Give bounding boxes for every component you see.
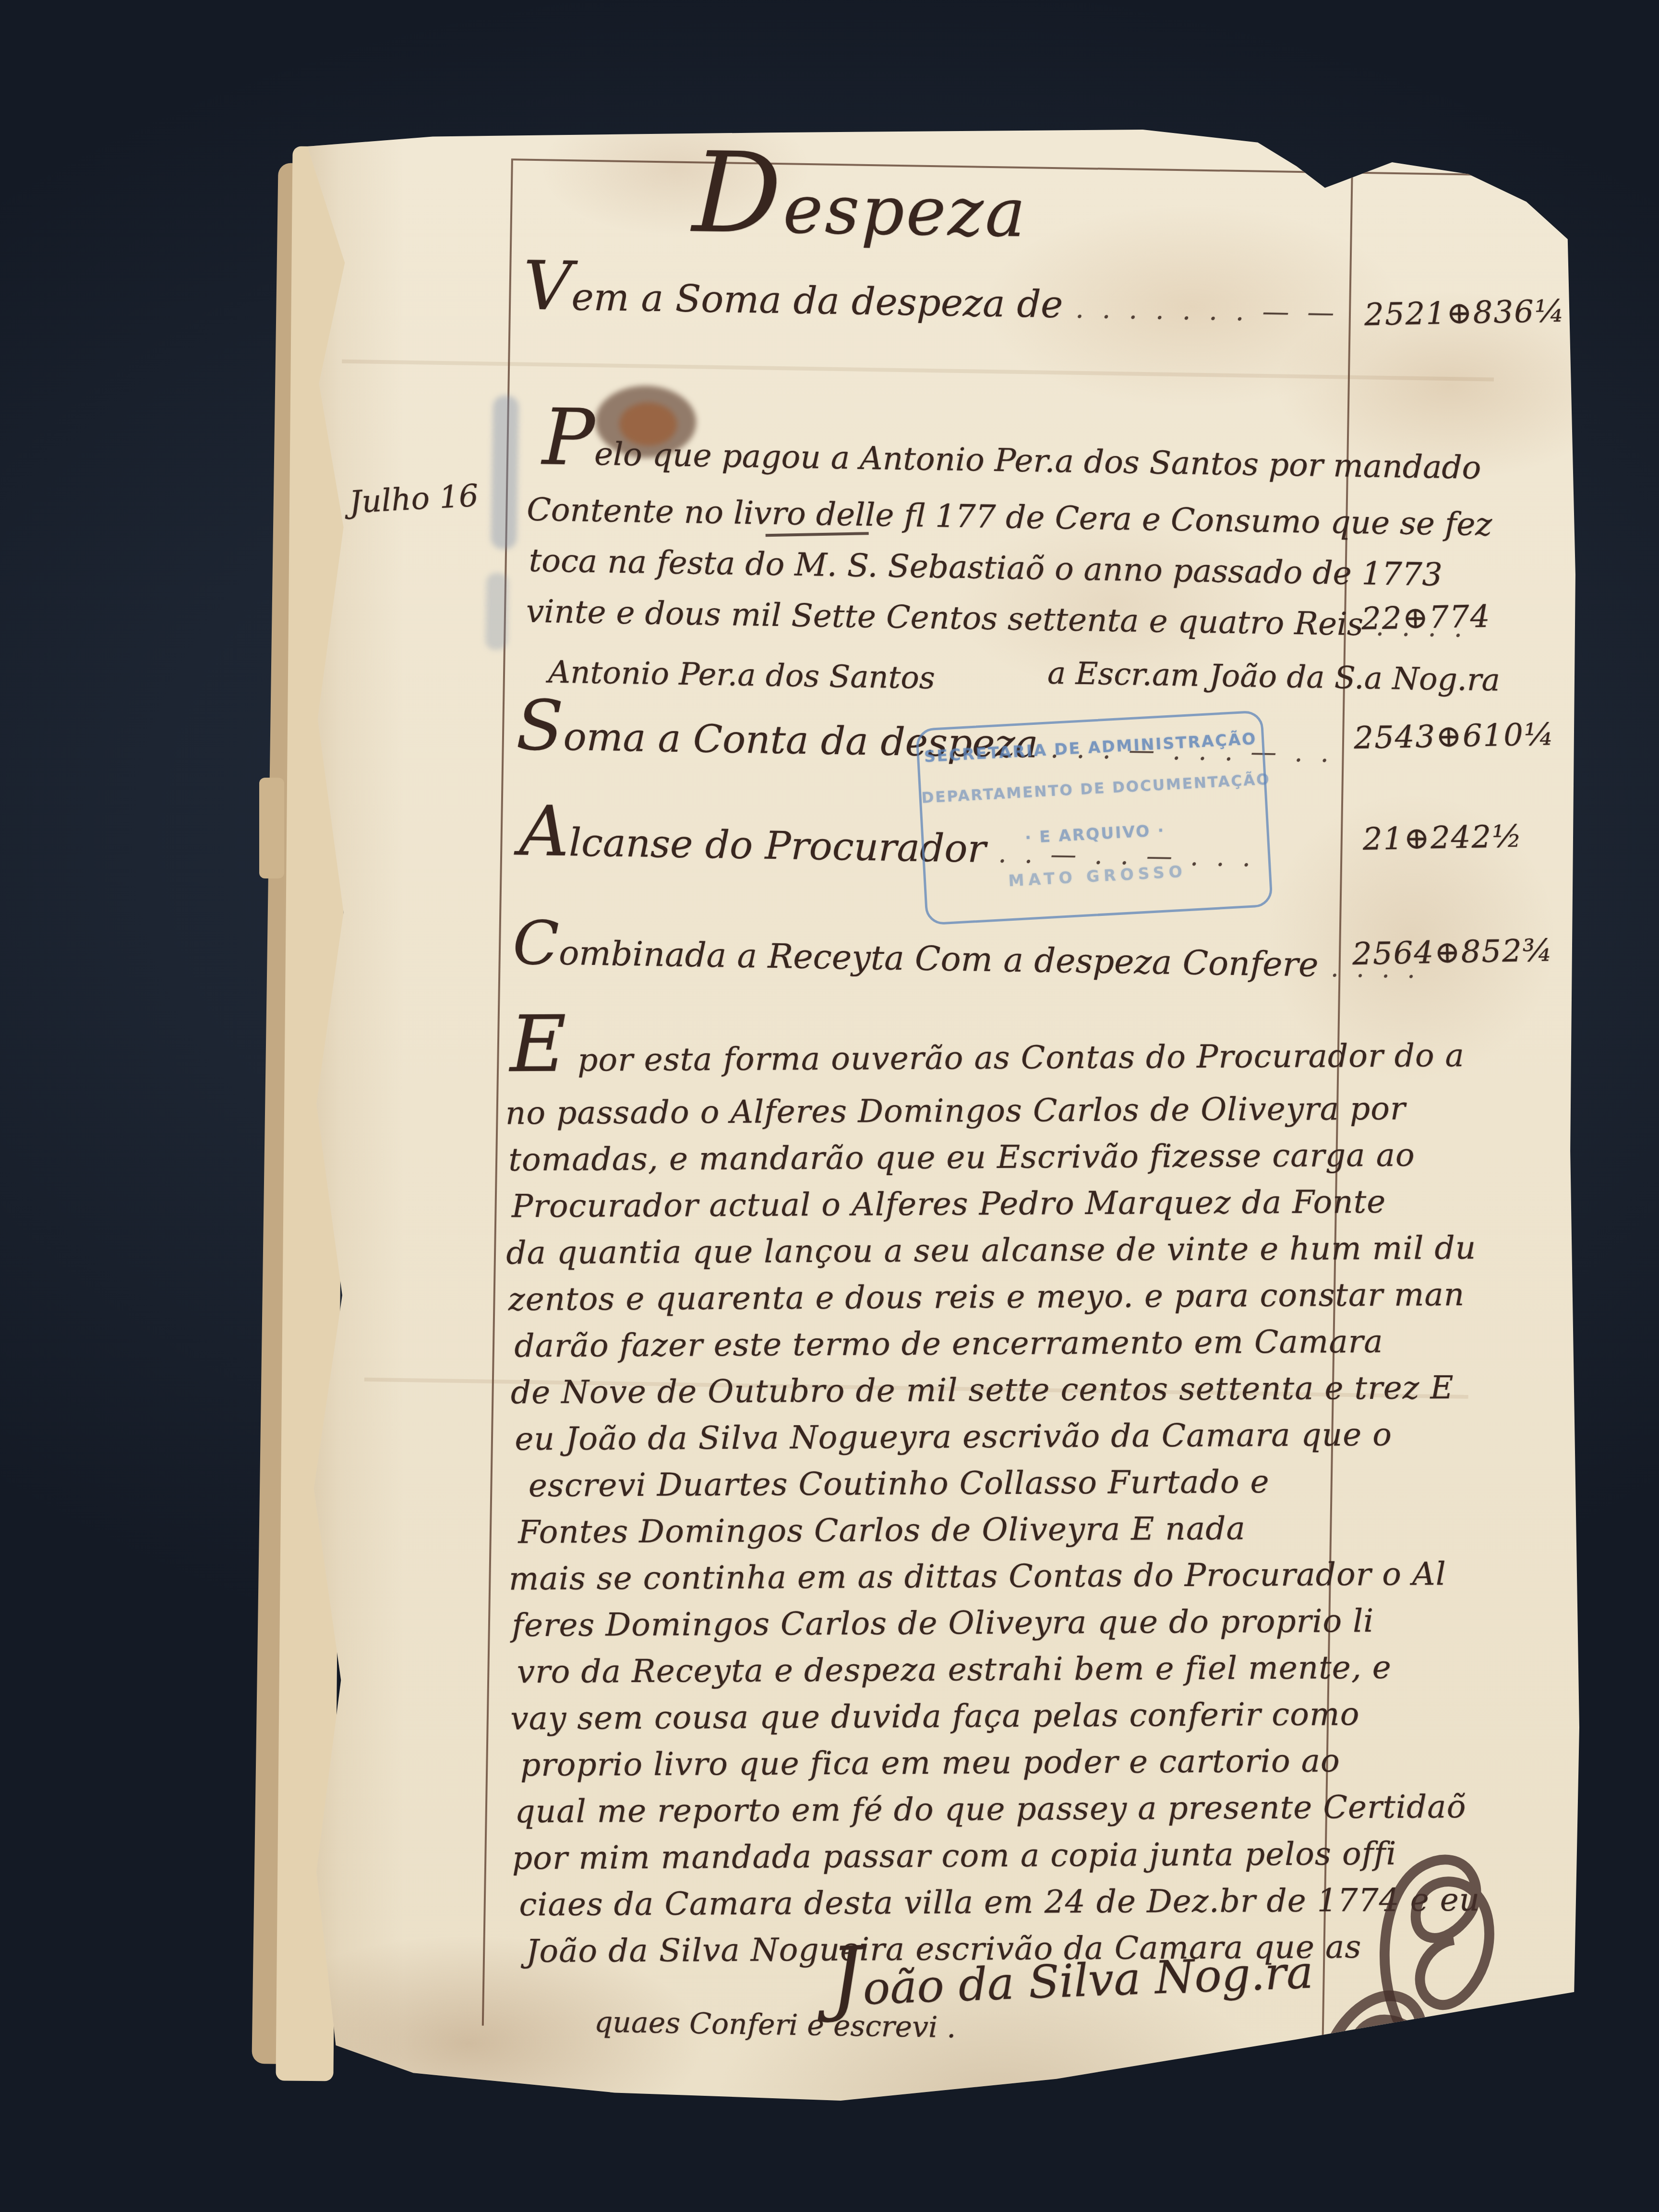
body-line: E por esta forma ouverão as Contas do Pr… [510,1037,1465,1079]
closing-signature-2: João de S.a Nog.ra [1005,2088,1419,2152]
combined-amount: 2564⊕852¾ [1352,933,1554,972]
document-page: Despeza Vem a Soma da despeza de . . . .… [288,129,1579,2103]
combined-label: Combinada a Receyta Com a despeza Confer… [512,932,1319,984]
body-line: proprio livro que fica em meu poder e ca… [520,1742,1340,1783]
body-line: vro da Receyta e despeza estrahi bem e f… [517,1649,1392,1691]
body-line: no passado o Alferes Domingos Carlos de … [505,1090,1406,1132]
entry-line: toca na festa do M. S. Sebastiaõ o anno … [529,542,1443,593]
body-line: mais se continha em as dittas Contas do … [509,1555,1446,1597]
body-line: Procurador actual o Alferes Pedro Marque… [512,1183,1386,1225]
stamp-line: DEPARTAMENTO DE DOCUMENTAÇÃO [921,771,1264,807]
blue-smudge [485,573,509,650]
body-line: feres Domingos Carlos de Oliveyra que do… [512,1602,1374,1644]
body-line: de Nove de Outubro de mil sette centos s… [511,1369,1454,1411]
margin-date: Julho 16 [349,478,479,520]
balance-amount: 21⊕242½ [1362,819,1523,857]
paper-crease [342,360,1494,382]
body-paragraph: E por esta forma ouverão as Contas do Pr… [510,1037,1499,2002]
entry-line: Pelo que pagou a Antonio Per.a dos Santo… [542,434,1481,486]
stamp-line: · E ARQUIVO · [924,815,1267,853]
archive-stamp: SECRETARIA DE ADMINISTRAÇÃO DEPARTAMENTO… [915,710,1273,926]
top-rule-line [513,158,1564,177]
blue-smudge [491,396,519,550]
balance-label: Alcanse do Procurador [519,819,986,871]
body-line: qual me reporto em fé do que passey a pr… [515,1788,1466,1830]
body-line: darão fazer este termo de encerramento e… [514,1323,1383,1364]
entry-line: vinte e dous mil Sette Centos settenta e… [526,593,1364,643]
entry-signature-left: Antonio Per.a dos Santos [548,655,936,697]
paper-edge-tab [259,778,284,878]
body-line: ciaes da Camara desta villa em 24 de Dez… [519,1881,1480,1923]
entry-signature-right: a Escr.am João da S.a Nog.ra [1047,656,1501,698]
sum-amount: 2543⊕610¼ [1354,717,1555,756]
body-line: eu João da Silva Nogueyra escrivão da Ca… [515,1416,1392,1458]
carry-leader-dots: . . . . . . . — — [1075,293,1339,329]
body-line: vay sem cousa que duvida faça pelas conf… [510,1695,1359,1737]
signature-rubric [1288,1973,1459,2196]
carry-label: Vem a Soma da despeza de [523,275,1063,327]
body-line: escrevi Duartes Coutinho Collasso Furtad… [529,1463,1270,1504]
stamp-line: SECRETARIA DE ADMINISTRAÇÃO [919,729,1262,766]
page-title: Despeza [692,169,1028,252]
entry-amount: 22⊕774 [1361,599,1491,637]
body-line: zentos e quarenta e dous reis e meyo. e … [508,1276,1465,1318]
body-line: da quantia que lançou a seu alcanse de v… [506,1229,1476,1272]
folio-underline [766,532,869,537]
carry-amount: 2521⊕836¼ [1364,293,1565,333]
entry-total-line: vinte e dous mil Sette Centos settenta e… [526,593,1467,645]
stamp-line: MATO GROSSO [926,857,1269,895]
carry-line: Vem a Soma da despeza de . . . . . . . —… [523,275,1339,331]
combined-line: Combinada a Receyta Com a despeza Confer… [512,932,1420,986]
page-content: Despeza Vem a Soma da despeza de . . . .… [257,119,1579,2113]
closing-label-2: Conforme por mim Escr. [739,2102,1096,2142]
body-line: Fontes Domingos Carlos de Oliveyra E nad… [518,1510,1246,1551]
body-line: por mim mandada passar com a copia junta… [512,1835,1397,1877]
photo-background: Despeza Vem a Soma da despeza de . . . .… [0,0,1659,2212]
body-line: tomadas, e mandarão que eu Escrivão fize… [508,1136,1415,1178]
